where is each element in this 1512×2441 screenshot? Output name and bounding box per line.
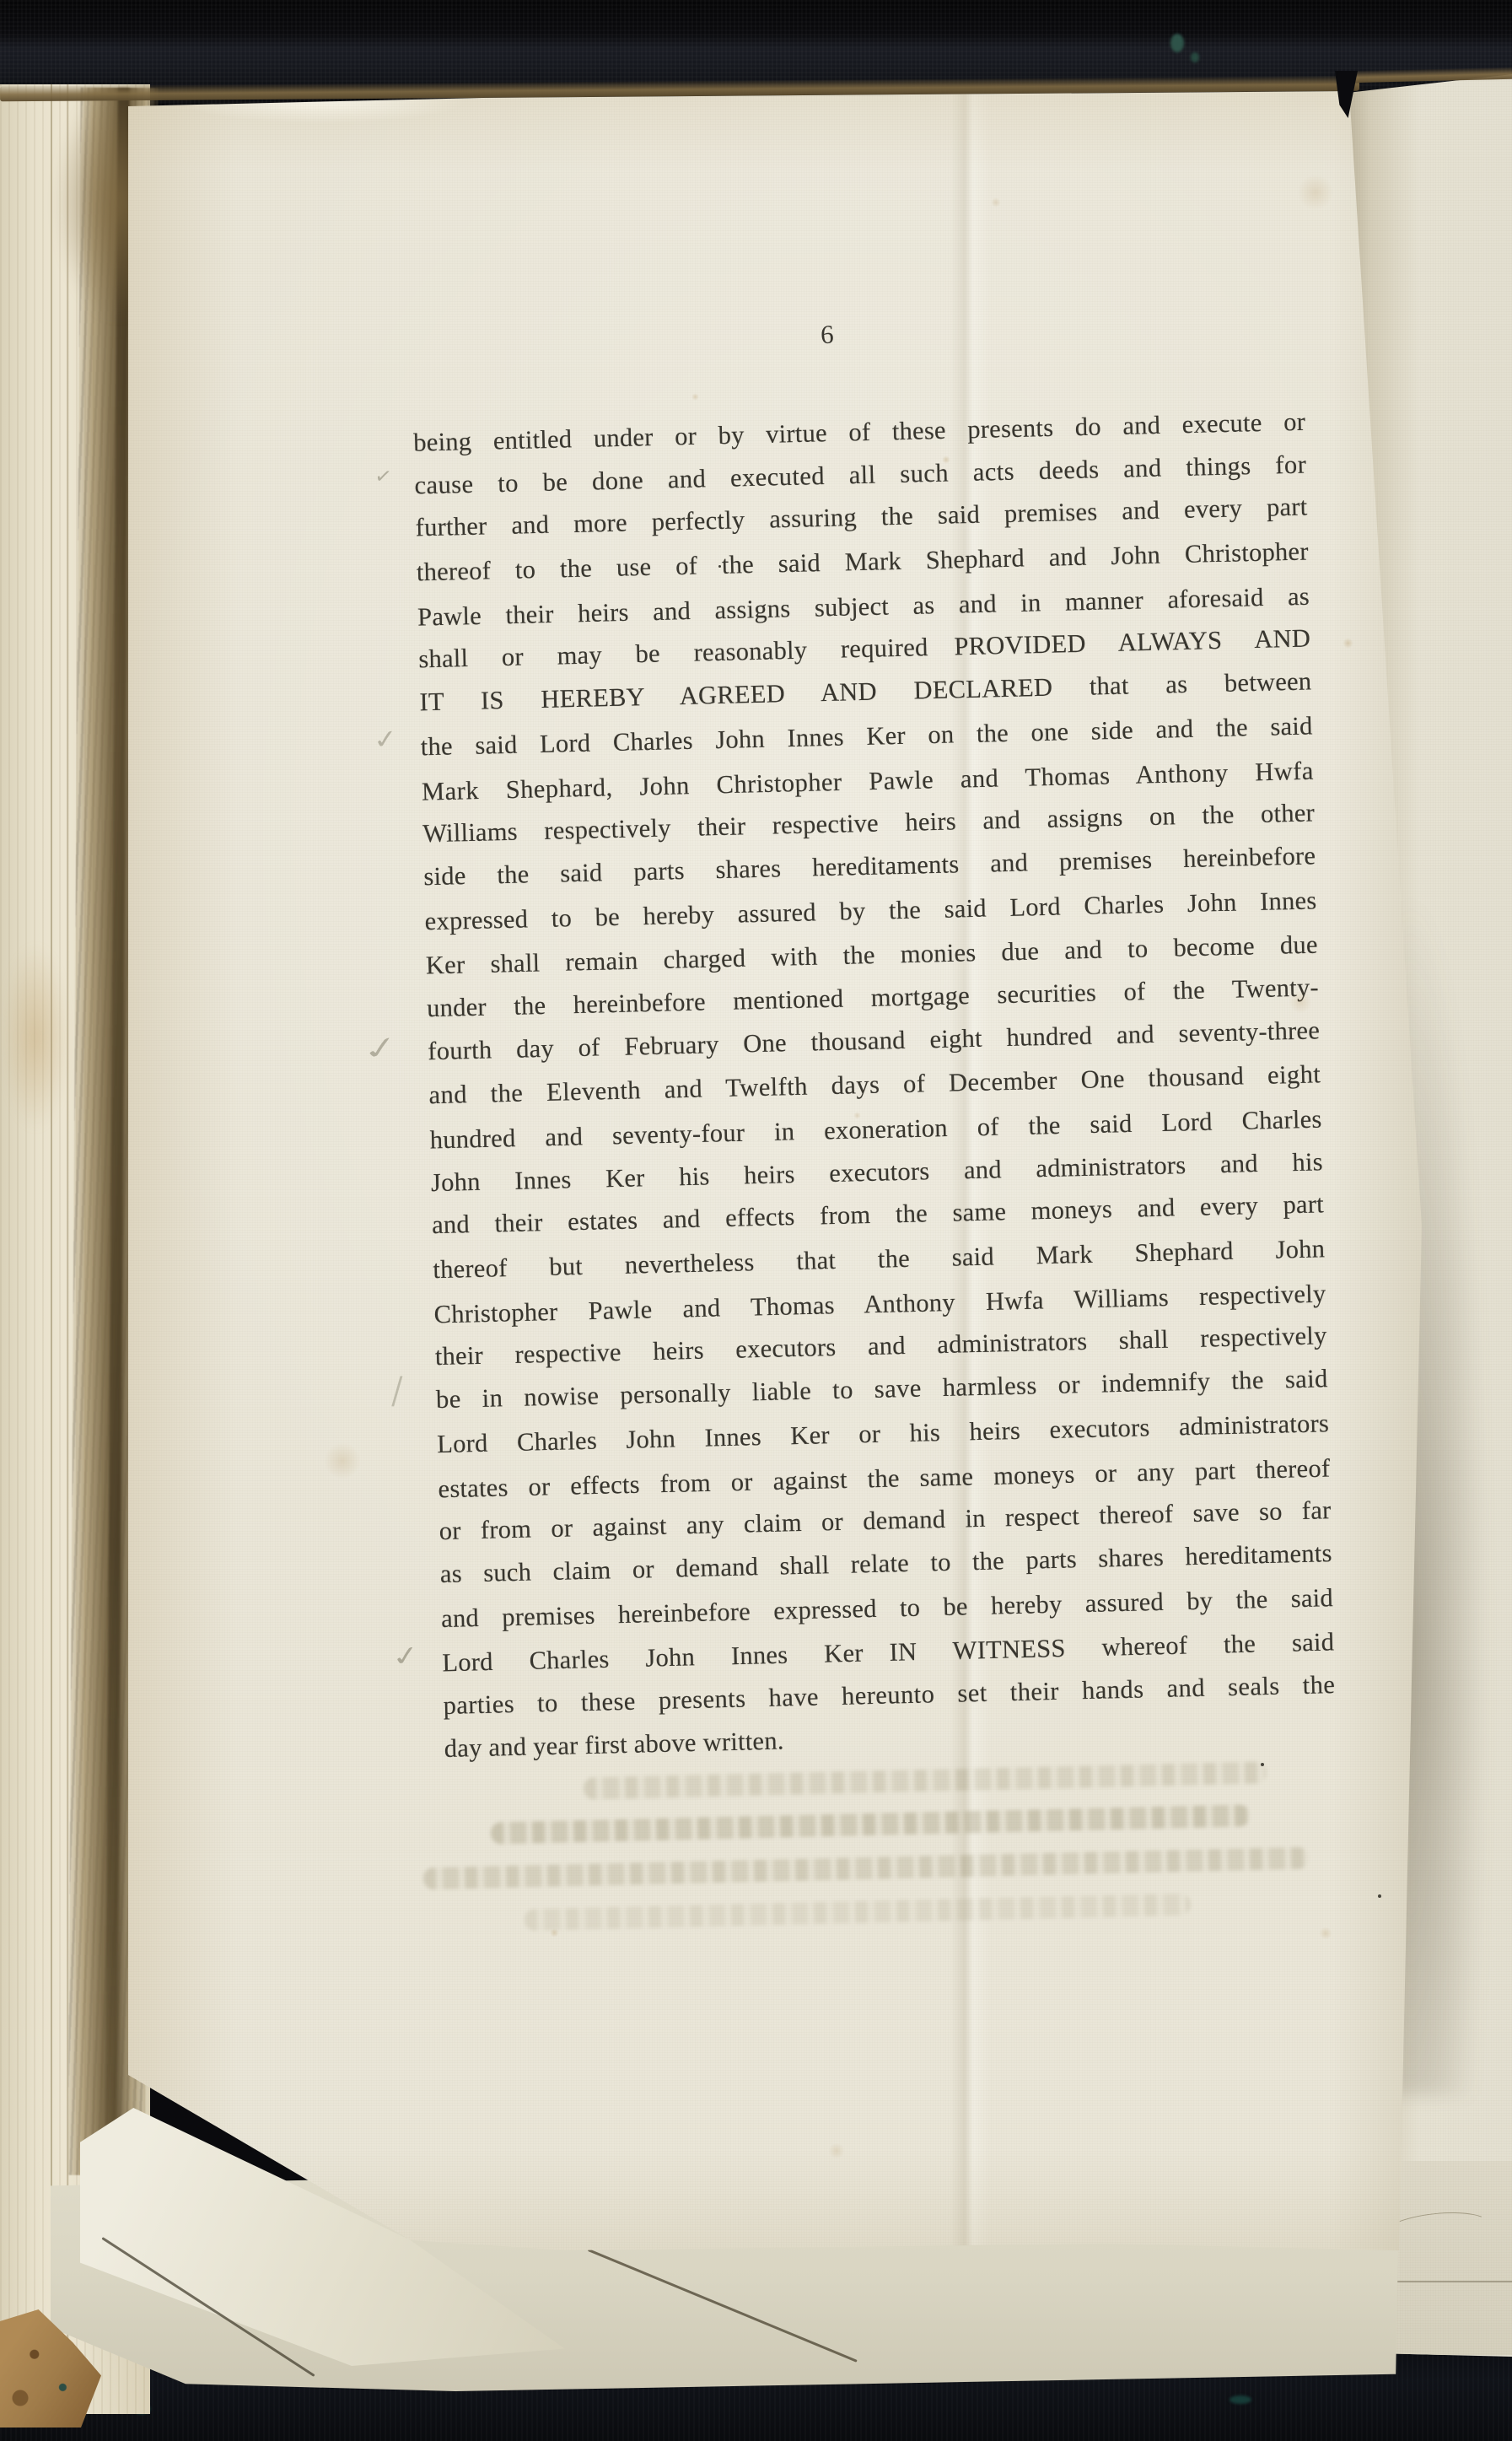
ink-fleck <box>718 565 721 568</box>
pencil-checkmark: ∕ <box>391 1372 432 1418</box>
foxing-spot <box>691 393 699 401</box>
stain <box>2 945 69 1130</box>
page-number: 6 <box>411 309 1304 367</box>
text-lines: being entitled under or by virtue of the… <box>413 400 1337 1772</box>
pencil-checkmark: ✓ <box>372 722 421 761</box>
verso-show-through <box>525 1894 1191 1932</box>
foxing-spot <box>325 1441 360 1481</box>
pencil-checkmark: ✓ <box>359 1021 434 1073</box>
foxing-spot <box>853 1112 861 1119</box>
printed-text-block: 6 being entitled under or by virtue of t… <box>411 309 1337 1772</box>
ink-fleck <box>1378 1894 1381 1898</box>
foxing-spot <box>828 2142 845 2159</box>
foxing-spot <box>1297 174 1334 211</box>
foxing-spot <box>513 1569 520 1576</box>
cover-speck <box>1170 34 1184 52</box>
verso-show-through <box>423 1847 1309 1890</box>
foxing-spot <box>991 197 1001 207</box>
verso-show-through <box>584 1761 1267 1799</box>
pencil-checkmark: ✓ <box>390 1635 446 1679</box>
foxing-spot <box>1343 638 1353 649</box>
foxing-spot <box>1289 990 1312 1014</box>
cover-speck <box>1230 2395 1251 2404</box>
foxing-spot <box>1319 1926 1332 1940</box>
foxing-spot <box>550 1928 559 1937</box>
foxing-spot <box>942 455 950 464</box>
page-edge-line <box>51 84 52 2414</box>
document-page: 6 being entitled under or by virtue of t… <box>128 91 1425 2255</box>
verso-show-through <box>491 1804 1250 1844</box>
ink-fleck <box>1261 1763 1264 1766</box>
pencil-checkmark: ✓ <box>373 464 407 495</box>
book-photograph: 6 being entitled under or by virtue of t… <box>0 0 1512 2441</box>
cover-speck <box>1191 52 1199 62</box>
